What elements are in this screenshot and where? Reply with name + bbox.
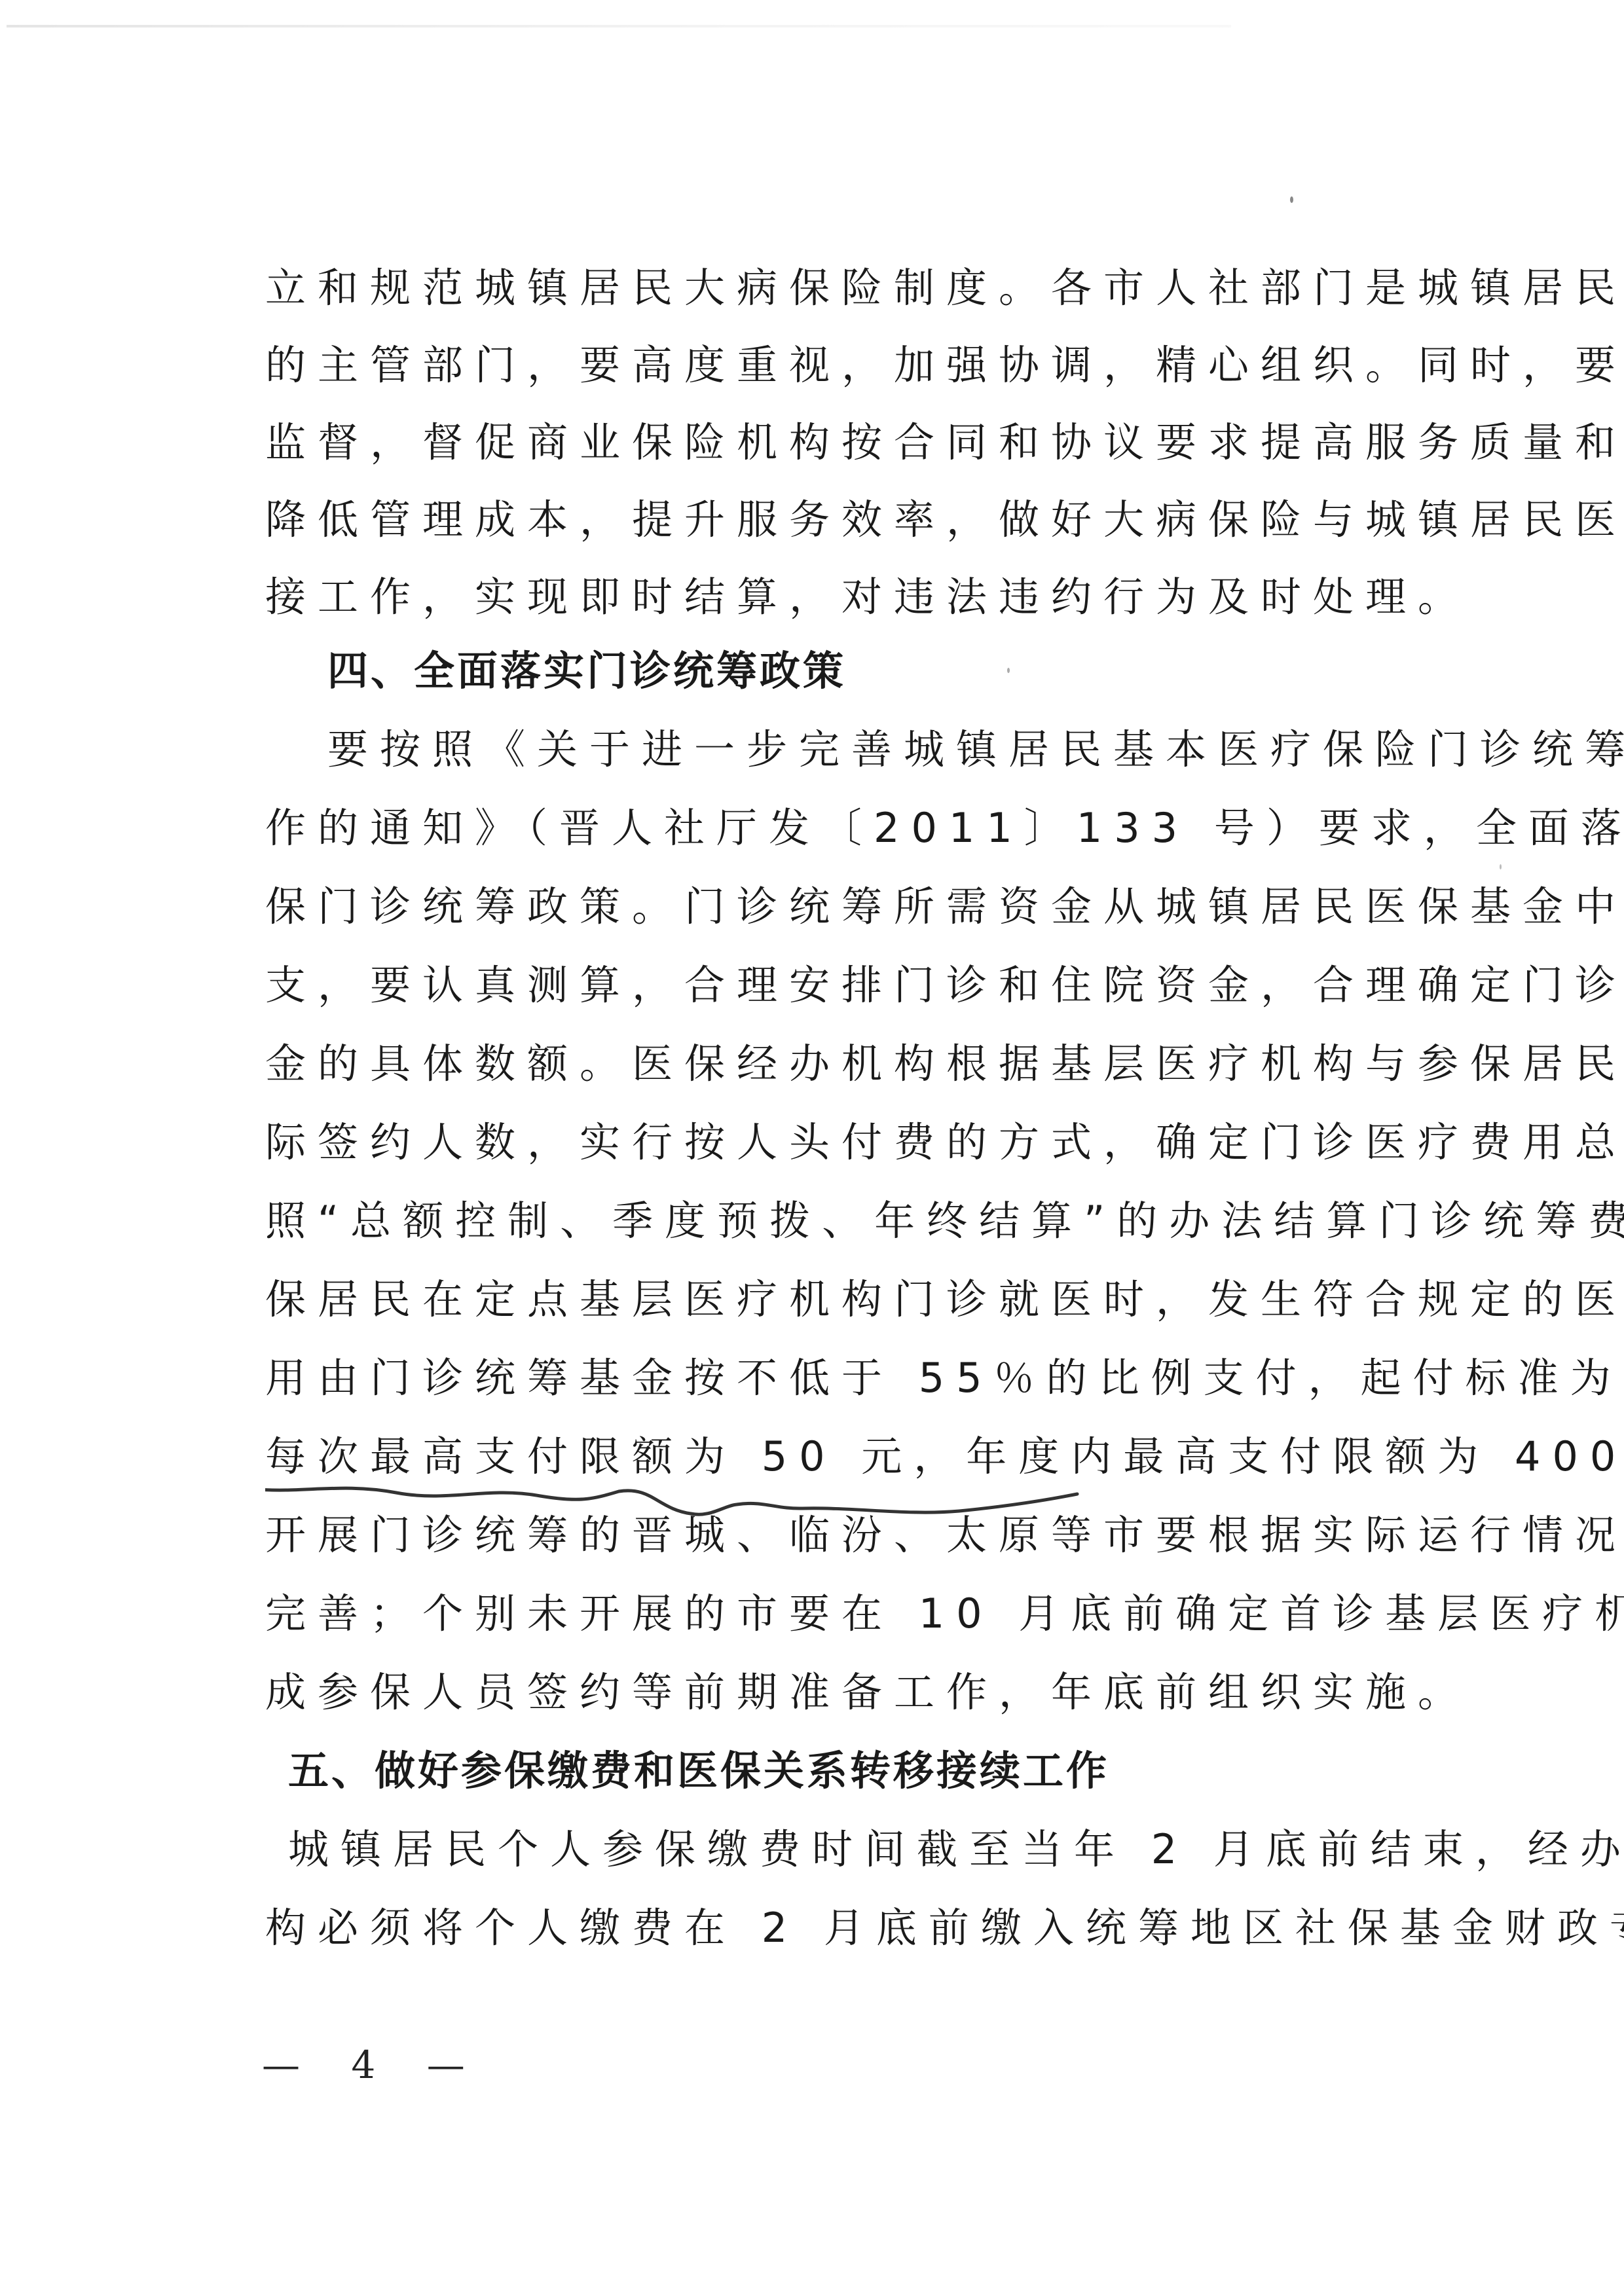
body-line: 支，要认真测算，合理安排门诊和住院资金，合理确定门诊统筹资 [265, 959, 1624, 1011]
body-line: 构必须将个人缴费在 2 月底前缴入统筹地区社保基金财政专户， [265, 1902, 1624, 1954]
body-line: 际签约人数，实行按人头付费的方式，确定门诊医疗费用总量，按 [265, 1116, 1624, 1169]
body-line: 要按照《关于进一步完善城镇居民基本医疗保险门诊统筹工 [327, 723, 1624, 776]
page-number: — 4 — [262, 2043, 485, 2087]
body-line: 作的通知》（晋人社厅发〔2011〕133 号）要求，全面落实城镇居民医 [265, 802, 1624, 854]
section-heading-4: 四、全面落实门诊统筹政策 [327, 645, 846, 697]
body-line: 成参保人员签约等前期准备工作，年底前组织实施。 [265, 1666, 1470, 1719]
scan-speck [1007, 668, 1010, 673]
scan-artifact-line [7, 25, 1231, 27]
body-line: 用由门诊统筹基金按不低于 55％的比例支付，起付标准为 30 元， [265, 1352, 1624, 1404]
body-line: 城镇居民个人参保缴费时间截至当年 2 月底前结束，经办机 [288, 1823, 1624, 1876]
body-line: 降低管理成本，提升服务效率，做好大病保险与城镇居民医保的衔 [265, 494, 1624, 546]
body-line: 立和规范城镇居民大病保险制度。各市人社部门是城镇居民医保 [265, 262, 1624, 314]
body-line: 保居民在定点基层医疗机构门诊就医时，发生符合规定的医疗费 [265, 1273, 1624, 1326]
body-line: 照“总额控制、季度预拨、年终结算”的办法结算门诊统筹费用。参 [265, 1195, 1624, 1247]
section-heading-5: 五、做好参保缴费和医保关系转移接续工作 [288, 1745, 1109, 1797]
body-line-underlined: 每次最高支付限额为 50 元，年度内最高支付限额为 400 元。已经 [265, 1430, 1624, 1483]
body-line: 监督，督促商业保险机构按合同和协议要求提高服务质量和水平， [265, 416, 1624, 469]
body-line: 保门诊统筹政策。门诊统筹所需资金从城镇居民医保基金中列 [265, 881, 1624, 933]
body-line: 的主管部门，要高度重视，加强协调，精心组织。同时，要加强基金 [265, 339, 1624, 392]
body-line: 接工作，实现即时结算，对违法违约行为及时处理。 [265, 571, 1470, 623]
body-line: 完善；个别未开展的市要在 10 月底前确定首诊基层医疗机构、完 [265, 1588, 1624, 1640]
scan-speck [1500, 864, 1502, 869]
scan-speck [1290, 196, 1293, 203]
body-line: 开展门诊统筹的晋城、临汾、太原等市要根据实际运行情况，逐步 [265, 1509, 1624, 1561]
body-line: 金的具体数额。医保经办机构根据基层医疗机构与参保居民的实 [265, 1038, 1624, 1090]
